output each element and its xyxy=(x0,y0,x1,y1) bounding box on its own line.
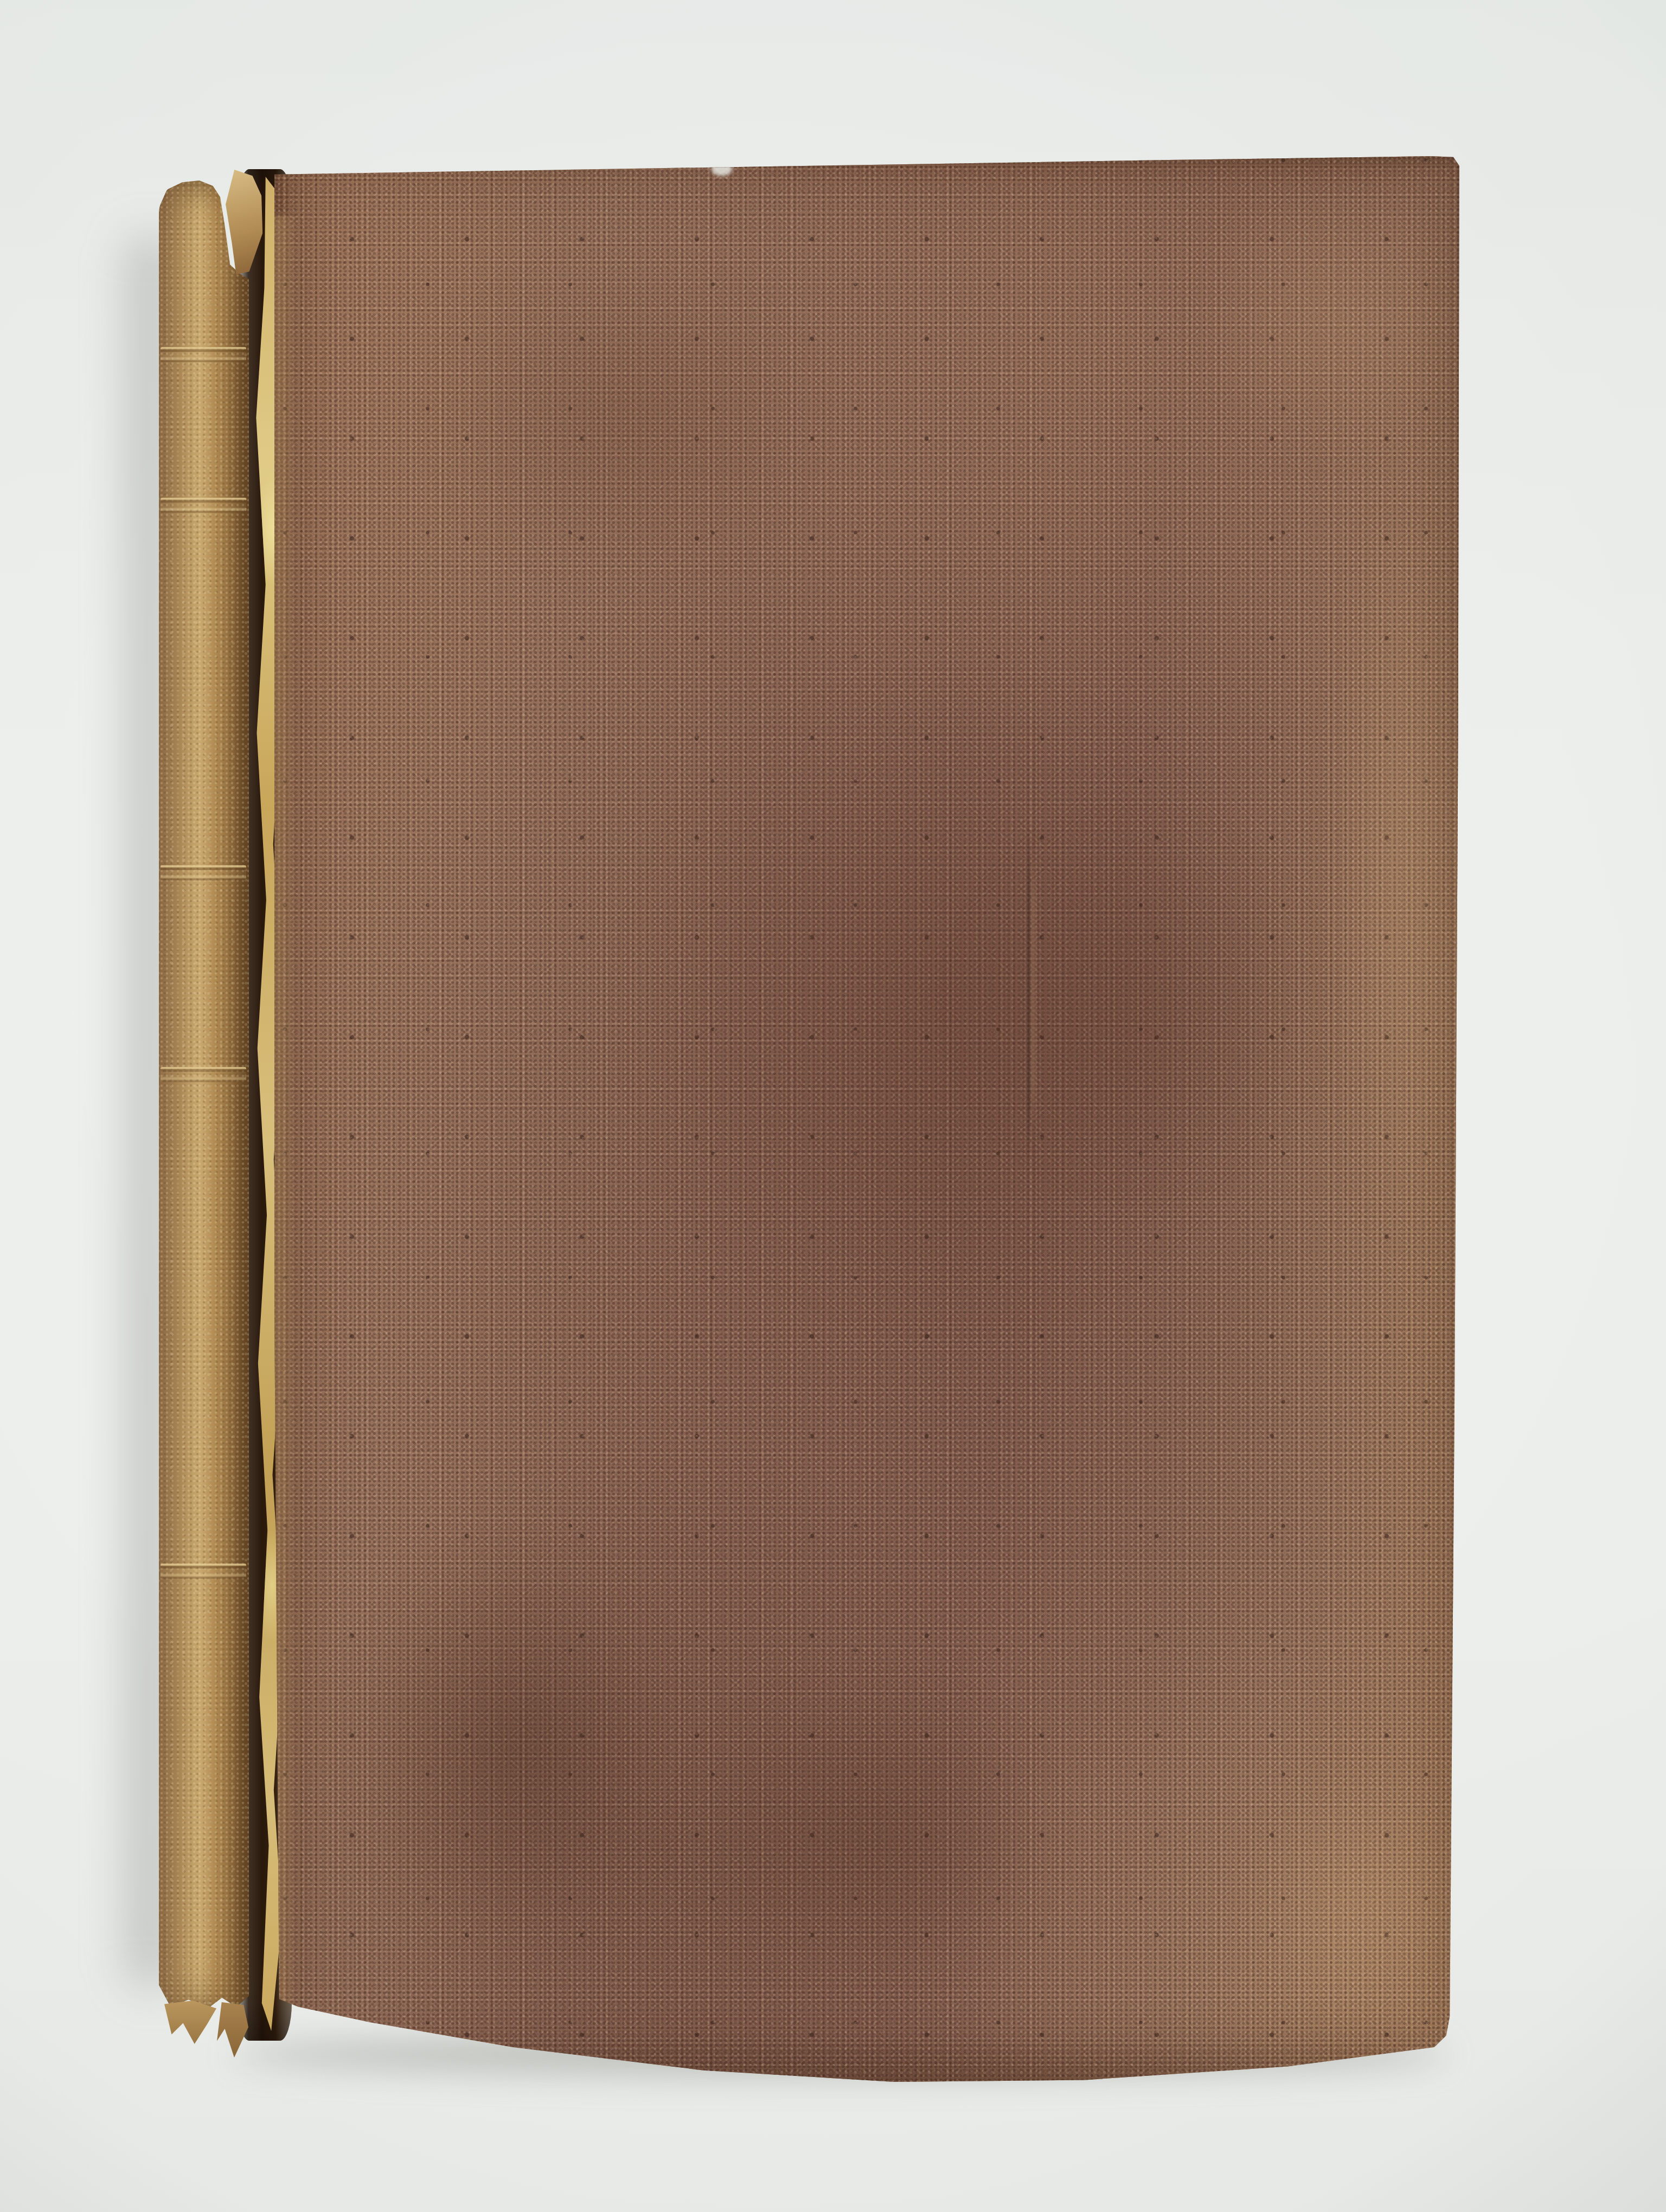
cover-left-edge-wear xyxy=(274,216,298,2021)
spine-gilt-band-3 xyxy=(161,865,246,880)
front-cover xyxy=(274,156,1466,2082)
cover-crease-line xyxy=(1028,824,1031,1160)
photo-canvas: { "scene": { "type": "photograph", "subj… xyxy=(0,0,1666,2212)
spine-gilt-band-2 xyxy=(161,498,246,513)
cover-crease-highlight xyxy=(1032,840,1035,1144)
spine-gilt-band-5 xyxy=(161,1564,246,1579)
book-spine xyxy=(159,181,249,2009)
cover-cloth-texture xyxy=(274,156,1466,2082)
spine-leather-texture xyxy=(159,181,249,2009)
spine-gilt-band-1 xyxy=(161,347,246,362)
spine-gilt-band-4 xyxy=(161,1067,246,1082)
